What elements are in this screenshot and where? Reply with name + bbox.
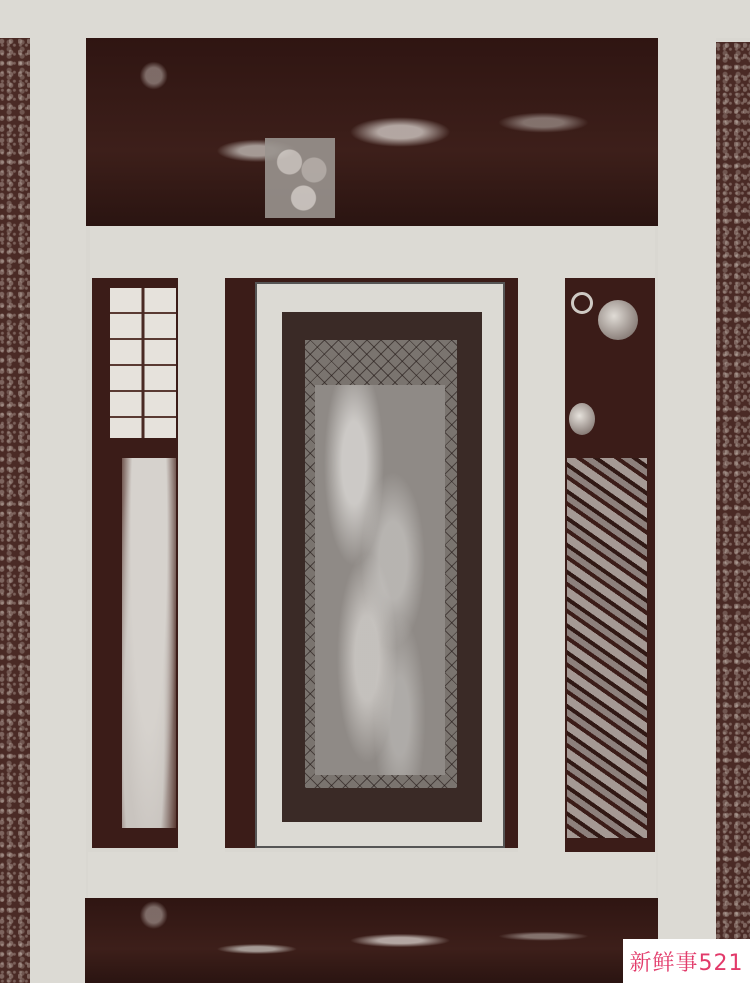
- shard-pile: [567, 458, 647, 838]
- right-compartment: [565, 278, 655, 853]
- left-compartment: [92, 278, 178, 848]
- small-ring: [571, 292, 593, 314]
- right-edge-compartment: [716, 42, 750, 942]
- plaster-pillar-center-left: [178, 278, 225, 853]
- plaster-pillar-center-right: [518, 278, 565, 853]
- plaster-beam-top: [90, 226, 655, 278]
- plaster-pillar-right: [658, 0, 716, 983]
- round-vessel-2: [569, 403, 595, 435]
- bottom-compartment-grave-goods: [85, 898, 658, 983]
- plaster-top-band: [0, 0, 750, 38]
- silk-shroud: [315, 385, 445, 775]
- round-vessel: [598, 300, 638, 340]
- stacked-coins: [265, 138, 335, 218]
- plaster-beam-bottom: [88, 852, 656, 898]
- watermark: 新鲜事521: [623, 939, 750, 983]
- plaster-pillar-left: [30, 0, 86, 983]
- left-objects: [122, 458, 176, 828]
- window-lattice: [110, 288, 176, 438]
- top-compartment-grave-goods: [85, 38, 658, 226]
- left-edge-compartment: [0, 38, 30, 983]
